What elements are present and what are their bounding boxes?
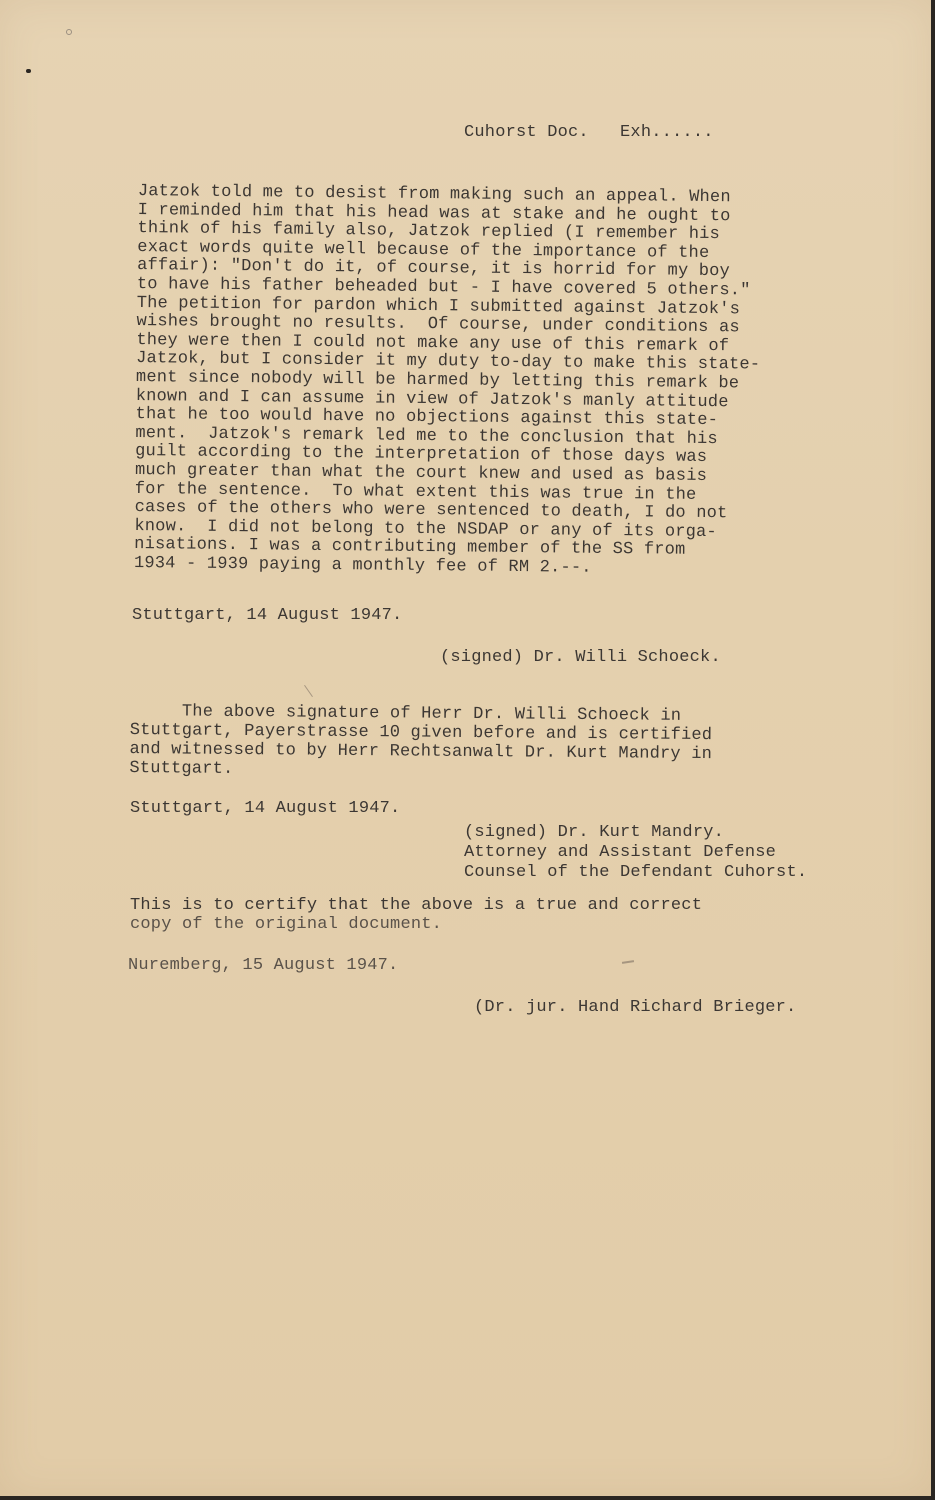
signature-brieger: (Dr. jur. Hand Richard Brieger. bbox=[474, 999, 796, 1017]
signature-title: Counsel of the Defendant Cuhorst. bbox=[464, 863, 807, 883]
signature-schoeck: (signed) Dr. Willi Schoeck. bbox=[440, 649, 721, 667]
text-line: copy of the original document. bbox=[130, 915, 702, 934]
place-date-stuttgart-1: Stuttgart, 14 August 1947. bbox=[132, 607, 402, 625]
statement-paragraph: Jatzok told me to desist from making suc… bbox=[134, 183, 762, 580]
signature-title: Attorney and Assistant Defense bbox=[464, 843, 807, 863]
signature-block-mandry: (signed) Dr. Kurt Mandry. Attorney and A… bbox=[464, 823, 807, 883]
paper-speck-mark bbox=[66, 29, 72, 35]
text-line: This is to certify that the above is a t… bbox=[130, 896, 702, 915]
document-header: Cuhorst Doc. Exh...... bbox=[464, 124, 714, 142]
copy-certification: This is to certify that the above is a t… bbox=[130, 896, 702, 934]
pencil-dash-mark bbox=[622, 960, 634, 964]
signature-name: (signed) Dr. Kurt Mandry. bbox=[464, 823, 807, 843]
document-page: Cuhorst Doc. Exh...... Jatzok told me to… bbox=[0, 0, 931, 1496]
ink-blot-mark bbox=[26, 69, 31, 73]
pencil-stroke-mark bbox=[304, 685, 313, 697]
signature-certification-paragraph: The above signature of Herr Dr. Willi Sc… bbox=[129, 702, 712, 783]
place-date-stuttgart-2: Stuttgart, 14 August 1947. bbox=[130, 800, 400, 818]
place-date-nuremberg: Nuremberg, 15 August 1947. bbox=[128, 957, 398, 975]
